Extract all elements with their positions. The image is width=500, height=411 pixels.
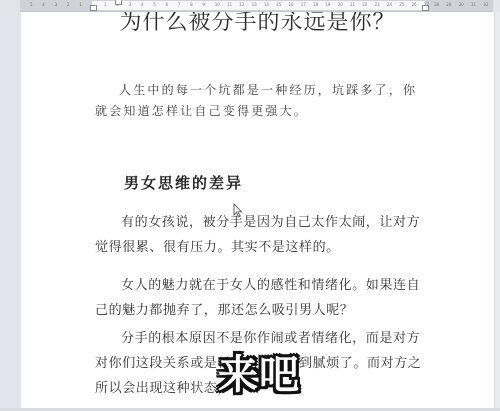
ruler-tick-label: 11 — [227, 2, 232, 8]
ruler-tick-label: 4 — [141, 2, 144, 8]
body-paragraph: 女人的魅力就在于女人的感性和情绪化。如果连自己的魅力都抛弃了，那还怎么吸引男人呢… — [95, 273, 428, 323]
ruler-tick-label: 19 — [325, 2, 330, 8]
ruler-tick-label: 22 — [362, 2, 367, 8]
ruler-tick-label: 2 — [67, 2, 70, 8]
body-paragraph: 有的女孩说，被分手是因为自己太作太闹，让对方觉得很累、很有压力。其实不是这样的。 — [95, 210, 428, 260]
ruler-tick-label: 32 — [483, 2, 488, 8]
document-page[interactable]: 为什么被分手的永远是你？ 人生中的每一个坑都是一种经历，坑踩多了，你就会知道怎样… — [21, 12, 494, 408]
section-heading: 男女思维的差异 — [124, 172, 243, 193]
ruler-tick-label: 5 — [30, 2, 33, 8]
ruler-tick-label: 16 — [289, 2, 294, 8]
ruler-tick-label: 10 — [215, 2, 220, 8]
ruler-tick-label: 13 — [252, 2, 257, 8]
ruler-tick-label: 1 — [104, 2, 107, 8]
ruler-tick-label: 3 — [129, 2, 132, 8]
ruler-tick-label: 17 — [301, 2, 306, 8]
first-line-indent-marker[interactable] — [115, 0, 122, 5]
left-indent-marker[interactable] — [90, 5, 97, 11]
ruler-tick-label: 15 — [276, 2, 281, 8]
ruler-tick-label: 6 — [166, 2, 169, 8]
mouse-pointer-icon — [233, 203, 243, 218]
ruler-tick-label: 12 — [239, 2, 244, 8]
ruler-tick-label: 20 — [338, 2, 343, 8]
ruler-tick-label: 24 — [387, 2, 392, 8]
ruler-tick-label: 28 — [434, 2, 439, 8]
ruler-tick-label: 18 — [313, 2, 318, 8]
ruler-tick-label: 31 — [471, 2, 476, 8]
ruler-tick-label: 23 — [375, 2, 380, 8]
ruler-tick-label: 25 — [399, 2, 404, 8]
ruler-tick-label: 1 — [79, 2, 82, 8]
ruler-tick-label: 3 — [55, 2, 58, 8]
video-subtitle-overlay: 来吧 — [218, 352, 300, 398]
horizontal-ruler[interactable]: 5432112345678910111213141516171819202122… — [20, 0, 493, 12]
ruler-tick-label: 9 — [202, 2, 205, 8]
ruler-tick-label: 30 — [459, 2, 464, 8]
ruler-tick-label: 4 — [42, 2, 45, 8]
ruler-tick-label: 14 — [264, 2, 269, 8]
document-title: 为什么被分手的永远是你？ — [21, 12, 494, 34]
ruler-tick-label: 8 — [190, 2, 193, 8]
right-indent-marker[interactable] — [422, 5, 429, 11]
left-navigation-pane — [0, 0, 22, 411]
ruler-tick-label: 21 — [350, 2, 355, 8]
ruler-tick-label: 5 — [153, 2, 156, 8]
ruler-tick-label: 29 — [446, 2, 451, 8]
intro-paragraph: 人生中的每一个坑都是一种经历，坑踩多了，你就会知道怎样让自己变得更强大。 — [95, 80, 428, 122]
vertical-scrollbar[interactable] — [494, 12, 500, 408]
ruler-tick-label: 7 — [178, 2, 181, 8]
ruler-tick-label: 26 — [412, 2, 417, 8]
